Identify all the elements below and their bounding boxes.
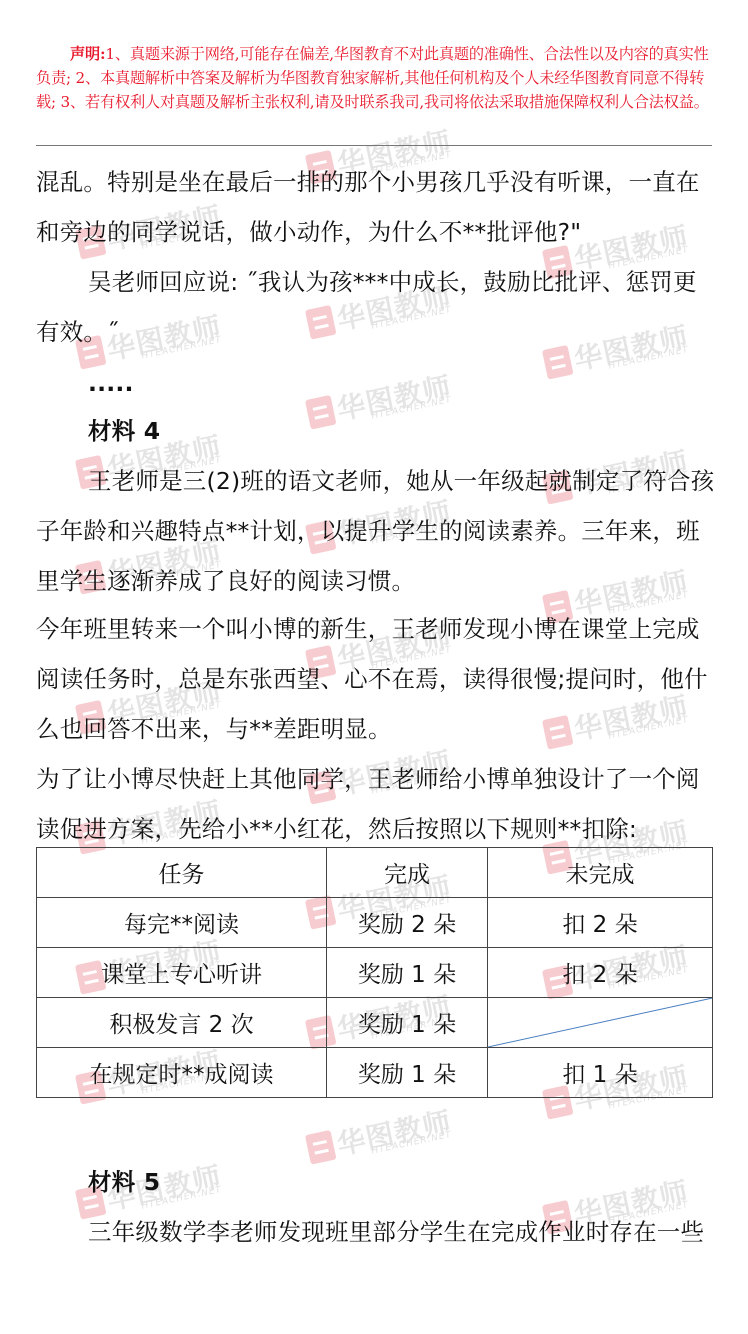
paragraph-li-intro: 三年级数学李老师发现班里部分学生在完成作业时存在一些 xyxy=(36,1207,716,1257)
table-header: 完成 xyxy=(327,848,488,898)
material-4-heading: 材料 4 xyxy=(36,406,716,456)
disclaimer-label: 声明: xyxy=(70,45,105,63)
table-cell: 扣 1 朵 xyxy=(488,1048,713,1098)
table-cell: 扣 2 朵 xyxy=(488,948,713,998)
table-row: 课堂上专心听讲 奖励 1 朵 扣 2 朵 xyxy=(37,948,713,998)
table-row: 每完**阅读 奖励 2 朵 扣 2 朵 xyxy=(37,898,713,948)
table-header: 任务 xyxy=(37,848,327,898)
paragraph-plan: 为了让小博尽快赶上其他同学，王老师给小博单独设计了一个阅读促进方案，先给小**小… xyxy=(36,754,716,854)
table-header-row: 任务 完成 未完成 xyxy=(37,848,713,898)
table-cell: 每完**阅读 xyxy=(37,898,327,948)
table-cell: 扣 2 朵 xyxy=(488,898,713,948)
table-cell: 奖励 1 朵 xyxy=(327,948,488,998)
table-row: 积极发言 2 次 奖励 1 朵 xyxy=(37,998,713,1048)
table-row: 在规定时**成阅读 奖励 1 朵 扣 1 朵 xyxy=(37,1048,713,1098)
diagonal-line xyxy=(488,998,712,1047)
reward-rules-table: 任务 完成 未完成 每完**阅读 奖励 2 朵 扣 2 朵 课堂上专心听讲 奖励… xyxy=(36,847,713,1098)
table-cell: 课堂上专心听讲 xyxy=(37,948,327,998)
table-cell: 奖励 1 朵 xyxy=(327,998,488,1048)
paragraph-xiaobo: 今年班里转来一个叫小博的新生，王老师发现小博在课堂上完成阅读任务时，总是东张西望… xyxy=(36,604,716,754)
material-5-heading: 材料 5 xyxy=(36,1157,716,1207)
table-cell: 积极发言 2 次 xyxy=(37,998,327,1048)
disclaimer: 声明:1、真题来源于网络,可能存在偏差,华图教育不对此真题的准确性、合法性以及内… xyxy=(36,42,712,114)
table-cell: 奖励 1 朵 xyxy=(327,1048,488,1098)
table-header: 未完成 xyxy=(488,848,713,898)
table-cell: 在规定时**成阅读 xyxy=(37,1048,327,1098)
ellipsis: ..... xyxy=(36,358,716,408)
table-cell-empty xyxy=(488,998,713,1048)
paragraph-wu-response: 吴老师回应说: ˝我认为孩***中成长，鼓励比批评、惩罚更有效。˝ xyxy=(36,257,716,357)
paragraph-wang-intro: 王老师是三(2)班的语文老师，她从一年级起就制定了符合孩子年龄和兴趣特点**计划… xyxy=(36,456,716,606)
table-cell: 奖励 2 朵 xyxy=(327,898,488,948)
header-divider xyxy=(36,145,712,146)
disclaimer-text: 1、真题来源于网络,可能存在偏差,华图教育不对此真题的准确性、合法性以及内容的真… xyxy=(36,45,709,111)
paragraph-continued: 混乱。特别是坐在最后一排的那个小男孩几乎没有听课，一直在和旁边的同学说话，做小动… xyxy=(36,157,716,257)
